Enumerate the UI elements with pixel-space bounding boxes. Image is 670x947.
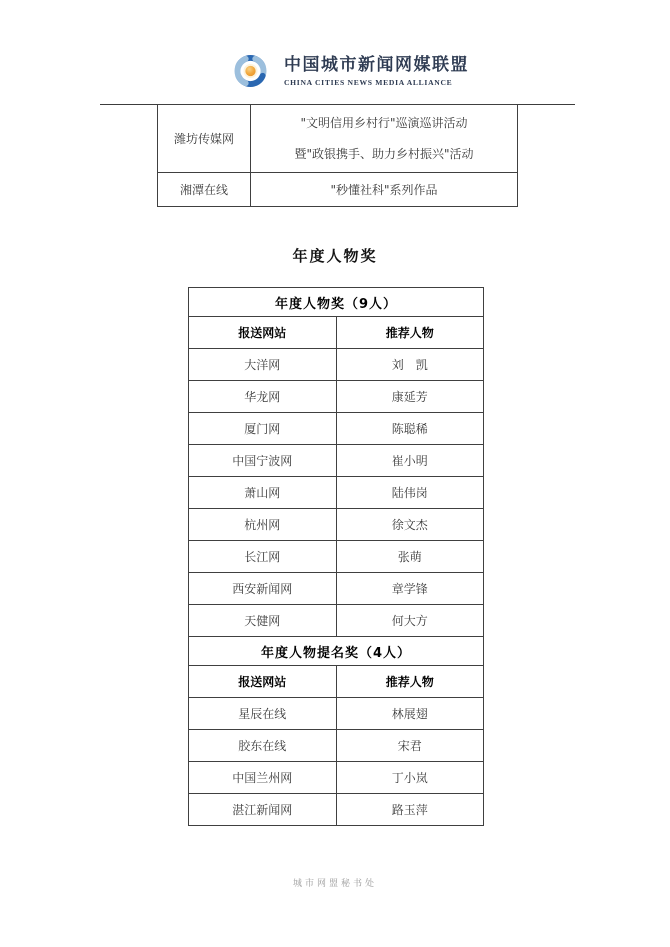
column-header-row: 报送网站 推荐人物 [189,666,484,698]
site-cell: 星辰在线 [189,698,337,730]
person-cell: 章学锋 [336,573,484,605]
section-header-row: 年度人物奖（9人） [189,288,484,317]
site-cell: 湛江新闻网 [189,794,337,826]
table-row: 湛江新闻网 路玉萍 [189,794,484,826]
column-header-person: 推荐人物 [336,666,484,698]
site-cell: 天健网 [189,605,337,637]
site-cell: 潍坊传媒网 [158,105,251,173]
person-cell: 徐文杰 [336,509,484,541]
table-row: 长江网 张萌 [189,541,484,573]
table-row: 潍坊传媒网 "文明信用乡村行"巡演巡讲活动 暨"政银携手、助力乡村振兴"活动 [158,105,518,173]
table-row: 中国宁波网 崔小明 [189,445,484,477]
site-cell: 湘潭在线 [158,173,251,207]
table-row: 胶东在线 宋君 [189,730,484,762]
section-header-row: 年度人物提名奖（4人） [189,637,484,666]
person-cell: 陆伟岗 [336,477,484,509]
work-cell: "文明信用乡村行"巡演巡讲活动 暨"政银携手、助力乡村振兴"活动 [251,105,518,173]
person-cell: 林展翅 [336,698,484,730]
table-row: 星辰在线 林展翅 [189,698,484,730]
site-cell: 西安新闻网 [189,573,337,605]
table-row: 西安新闻网 章学锋 [189,573,484,605]
section-header: 年度人物奖（9人） [189,288,484,317]
table-row: 杭州网 徐文杰 [189,509,484,541]
org-name-block: 中国城市新闻网媒联盟 CHINA CITIES NEWS MEDIA ALLIA… [284,55,469,86]
page-footer: 城市网盟秘书处 [0,876,670,889]
site-cell: 中国兰州网 [189,762,337,794]
column-header-row: 报送网站 推荐人物 [189,317,484,349]
page-title: 年度人物奖 [0,245,670,266]
person-cell: 宋君 [336,730,484,762]
work-line: 暨"政银携手、助力乡村振兴"活动 [251,139,517,170]
table-row: 中国兰州网 丁小岚 [189,762,484,794]
site-cell: 中国宁波网 [189,445,337,477]
site-cell: 胶东在线 [189,730,337,762]
person-cell: 陈聪稀 [336,413,484,445]
column-header-person: 推荐人物 [336,317,484,349]
person-cell: 丁小岚 [336,762,484,794]
alliance-logo-icon [226,48,275,94]
site-cell: 萧山网 [189,477,337,509]
section-header: 年度人物提名奖（4人） [189,637,484,666]
person-cell: 崔小明 [336,445,484,477]
page-header: 中国城市新闻网媒联盟 CHINA CITIES NEWS MEDIA ALLIA… [226,48,469,94]
table-row: 萧山网 陆伟岗 [189,477,484,509]
work-line: "文明信用乡村行"巡演巡讲活动 [251,108,517,139]
column-header-site: 报送网站 [189,666,337,698]
person-cell: 康延芳 [336,381,484,413]
table-row: 大洋网 刘 凯 [189,349,484,381]
org-name-en: CHINA CITIES NEWS MEDIA ALLIANCE [284,78,469,87]
site-cell: 厦门网 [189,413,337,445]
person-cell: 刘 凯 [336,349,484,381]
site-cell: 大洋网 [189,349,337,381]
table-row: 华龙网 康延芳 [189,381,484,413]
award-table: 年度人物奖（9人） 报送网站 推荐人物 大洋网 刘 凯 华龙网 康延芳 厦门网 … [188,287,484,826]
person-cell: 何大方 [336,605,484,637]
person-cell: 路玉萍 [336,794,484,826]
continued-award-table: 潍坊传媒网 "文明信用乡村行"巡演巡讲活动 暨"政银携手、助力乡村振兴"活动 湘… [157,104,518,207]
table-row: 天健网 何大方 [189,605,484,637]
person-cell: 张萌 [336,541,484,573]
table-row: 厦门网 陈聪稀 [189,413,484,445]
work-cell: "秒懂社科"系列作品 [251,173,518,207]
site-cell: 杭州网 [189,509,337,541]
table-row: 湘潭在线 "秒懂社科"系列作品 [158,173,518,207]
site-cell: 华龙网 [189,381,337,413]
org-name-zh: 中国城市新闻网媒联盟 [284,55,469,75]
site-cell: 长江网 [189,541,337,573]
column-header-site: 报送网站 [189,317,337,349]
